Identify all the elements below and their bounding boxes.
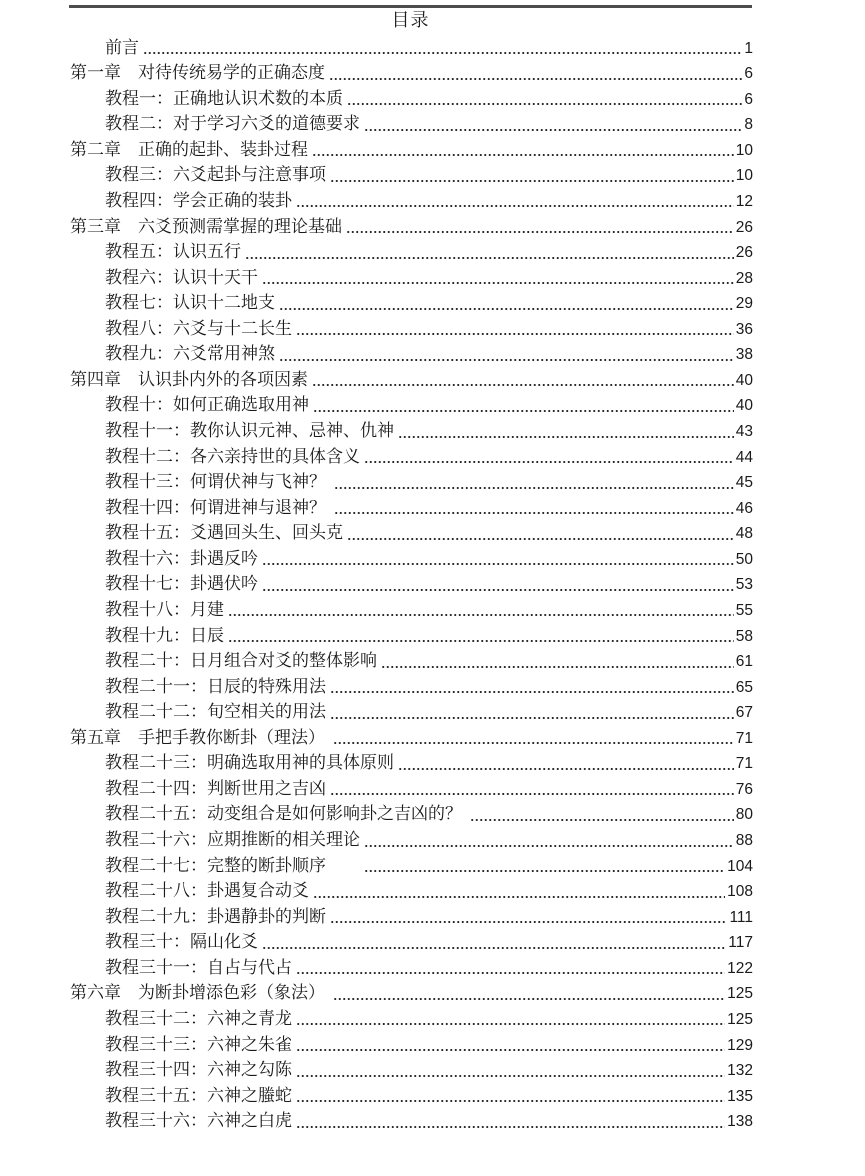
toc-entry-page: 29 <box>736 293 753 314</box>
dot-leader <box>296 1044 725 1052</box>
toc-entry-label: 教程二十五：动变组合是如何影响卦之吉凶的？ <box>105 803 466 825</box>
toc-entry-label: 教程二十三：明确选取用神的具体原则 <box>105 752 394 774</box>
toc-entry-label: 第六章 为断卦增添色彩（象法） <box>70 982 329 1004</box>
dot-leader <box>347 98 742 106</box>
dot-leader <box>364 865 725 873</box>
toc-entry-label: 教程十四：何谓进神与退神？ <box>105 497 330 519</box>
toc-entry[interactable]: 教程四：学会正确的装卦12 <box>70 186 753 212</box>
dot-leader <box>333 737 734 745</box>
toc-entry-label: 教程九：六爻常用神煞 <box>105 343 275 365</box>
toc-entry[interactable]: 第六章 为断卦增添色彩（象法） 125 <box>70 979 753 1005</box>
dot-leader <box>296 1070 725 1078</box>
toc-entry-page: 44 <box>736 447 753 468</box>
dot-leader <box>330 175 734 183</box>
dot-leader <box>313 405 734 413</box>
toc-entry-label: 第三章 六爻预测需掌握的理论基础 <box>70 216 342 238</box>
dot-leader <box>279 303 734 311</box>
toc-entry-page: 135 <box>727 1086 753 1107</box>
dot-leader <box>333 993 725 1001</box>
toc-entry-page: 58 <box>736 626 753 647</box>
toc-entry-page: 28 <box>736 268 753 289</box>
toc-entry-page: 67 <box>736 702 753 723</box>
toc-entry-label: 教程二十一：日辰的特殊用法 <box>105 676 326 698</box>
toc-entry-label: 教程十六：卦遇反吟 <box>105 548 258 570</box>
toc-entry-page: 65 <box>736 677 753 698</box>
toc-entry[interactable]: 教程七：认识十二地支29 <box>70 289 753 315</box>
toc-entry[interactable]: 教程二十九：卦遇静卦的判断111 <box>70 902 753 928</box>
toc-entry-label: 教程三：六爻起卦与注意事项 <box>105 164 326 186</box>
dot-leader <box>329 73 742 81</box>
toc-entry[interactable]: 第二章 正确的起卦、装卦过程10 <box>70 135 753 161</box>
toc-entry-label: 教程十：如何正确选取用神 <box>105 394 309 416</box>
toc-entry-label: 教程二十二：旬空相关的用法 <box>105 701 326 723</box>
toc-entry[interactable]: 教程三十六：六神之白虎138 <box>70 1107 753 1133</box>
toc-entry-label: 教程十一：教你认识元神、忌神、仇神 <box>105 420 394 442</box>
dot-leader <box>296 1121 725 1129</box>
dot-leader <box>262 277 734 285</box>
toc-entry-page: 129 <box>727 1035 753 1056</box>
toc-entry[interactable]: 教程二十八：卦遇复合动爻108 <box>70 877 753 903</box>
toc-entry-label: 教程三十六：六神之白虎 <box>105 1110 292 1132</box>
toc-entry[interactable]: 教程二十六：应期推断的相关理论88 <box>70 825 753 851</box>
dot-leader <box>470 814 734 822</box>
toc-entry[interactable]: 教程十六：卦遇反吟50 <box>70 544 753 570</box>
dot-leader <box>313 891 725 899</box>
dot-leader <box>262 942 726 950</box>
dot-leader <box>398 763 734 771</box>
toc-entry-page: 10 <box>736 165 753 186</box>
dot-leader <box>330 712 734 720</box>
toc-entry[interactable]: 前言1 <box>70 33 753 59</box>
page-title: 目录 <box>69 8 752 32</box>
toc-entry-page: 61 <box>736 651 753 672</box>
toc-entry[interactable]: 第一章 对待传统易学的正确态度6 <box>70 59 753 85</box>
toc-entry-label: 教程十三：何谓伏神与飞神？ <box>105 471 330 493</box>
toc-entry-page: 36 <box>736 319 753 340</box>
toc-entry-label: 教程二十九：卦遇静卦的判断 <box>105 906 326 928</box>
toc-entry[interactable]: 教程十四：何谓进神与退神？ 46 <box>70 493 753 519</box>
dot-leader <box>334 507 734 515</box>
toc-entry-label: 教程八：六爻与十二长生 <box>105 318 292 340</box>
toc-entry[interactable]: 教程三十一：自占与代占122 <box>70 953 753 979</box>
dot-leader <box>312 379 734 387</box>
toc-entry-label: 教程五：认识五行 <box>105 241 241 263</box>
toc-entry-page: 76 <box>736 779 753 800</box>
toc-entry-page: 50 <box>736 549 753 570</box>
toc-entry-page: 26 <box>736 242 753 263</box>
toc-entry[interactable]: 教程二：对于学习六爻的道德要求8 <box>70 110 753 136</box>
toc-entry-label: 教程三十四：六神之勾陈 <box>105 1059 292 1081</box>
toc-entry-page: 125 <box>727 983 753 1004</box>
toc-entry-label: 第五章 手把手教你断卦（理法） <box>70 727 329 749</box>
dot-leader <box>364 840 734 848</box>
toc-entry-label: 教程三十二：六神之青龙 <box>105 1008 292 1030</box>
toc-entry-page: 8 <box>744 114 753 135</box>
toc-entry-page: 26 <box>736 217 753 238</box>
toc-entry-page: 43 <box>736 421 753 442</box>
toc-entry-page: 38 <box>736 344 753 365</box>
toc-entry-label: 第一章 对待传统易学的正确态度 <box>70 62 325 84</box>
dot-leader <box>262 584 734 592</box>
toc-entry-page: 48 <box>736 523 753 544</box>
toc-entry-label: 教程三十三：六神之朱雀 <box>105 1034 292 1056</box>
toc-entry-label: 教程三十一：自占与代占 <box>105 957 292 979</box>
dot-leader <box>398 431 734 439</box>
toc-entry[interactable]: 教程十九：日辰58 <box>70 621 753 647</box>
toc-entry-page: 1 <box>744 38 753 59</box>
toc-entry[interactable]: 教程三十三：六神之朱雀129 <box>70 1030 753 1056</box>
toc-entry[interactable]: 教程十七：卦遇伏吟53 <box>70 570 753 596</box>
toc-entry[interactable]: 教程三十五：六神之螣蛇135 <box>70 1081 753 1107</box>
toc-entry[interactable]: 教程三十四：六神之勾陈132 <box>70 1056 753 1082</box>
toc-entry[interactable]: 第四章 认识卦内外的各项因素40 <box>70 365 753 391</box>
toc-entry[interactable]: 教程十五：爻遇回头生、回头克48 <box>70 519 753 545</box>
dot-leader <box>364 124 742 132</box>
toc-entry-page: 53 <box>736 574 753 595</box>
toc-entry-label: 教程二：对于学习六爻的道德要求 <box>105 113 360 135</box>
toc-entry-page: 46 <box>736 498 753 519</box>
toc-entry-label: 教程二十八：卦遇复合动爻 <box>105 880 309 902</box>
toc-entry[interactable]: 教程九：六爻常用神煞38 <box>70 340 753 366</box>
dot-leader <box>330 788 734 796</box>
dot-leader <box>312 149 734 157</box>
dot-leader <box>334 482 734 490</box>
toc-entry[interactable]: 教程一：正确地认识术数的本质6 <box>70 84 753 110</box>
toc-entry[interactable]: 教程十二：各六亲持世的具体含义44 <box>70 442 753 468</box>
dot-leader <box>347 533 734 541</box>
toc-entry[interactable]: 教程六：认识十天干28 <box>70 263 753 289</box>
toc-entry[interactable]: 教程十：如何正确选取用神40 <box>70 391 753 417</box>
dot-leader <box>279 354 734 362</box>
dot-leader <box>330 686 734 694</box>
toc-entry-page: 80 <box>736 804 753 825</box>
toc-entry-label: 教程二十四：判断世用之吉凶 <box>105 778 326 800</box>
toc-entry-page: 111 <box>729 907 753 928</box>
dot-leader <box>364 456 734 464</box>
toc-entry-page: 40 <box>736 395 753 416</box>
toc-entry-label: 教程四：学会正确的装卦 <box>105 190 292 212</box>
toc-entry[interactable]: 教程十三：何谓伏神与飞神？ 45 <box>70 468 753 494</box>
toc-entry[interactable]: 第三章 六爻预测需掌握的理论基础26 <box>70 212 753 238</box>
toc-entry-label: 教程十八：月建 <box>105 599 224 621</box>
toc-entry[interactable]: 教程五：认识五行26 <box>70 238 753 264</box>
dot-leader <box>143 47 742 55</box>
toc-entry[interactable]: 教程三十二：六神之青龙125 <box>70 1004 753 1030</box>
toc-entry-label: 第二章 正确的起卦、装卦过程 <box>70 139 308 161</box>
toc-entry-label: 教程六：认识十天干 <box>105 267 258 289</box>
dot-leader <box>296 967 725 975</box>
dot-leader <box>245 252 734 260</box>
dot-leader <box>296 200 734 208</box>
toc-entry-page: 71 <box>736 728 753 749</box>
toc-entry-page: 117 <box>728 932 753 953</box>
toc-entry-page: 6 <box>744 89 753 110</box>
toc-entry-label: 教程十五：爻遇回头生、回头克 <box>105 522 343 544</box>
dot-leader <box>262 558 734 566</box>
dot-leader <box>330 916 727 924</box>
toc-entry-label: 教程三十：隔山化爻 <box>105 931 258 953</box>
toc-entry-page: 125 <box>727 1009 753 1030</box>
toc-entry-label: 教程七：认识十二地支 <box>105 292 275 314</box>
dot-leader <box>346 226 734 234</box>
toc-entry[interactable]: 教程二十三：明确选取用神的具体原则71 <box>70 749 753 775</box>
toc-entry[interactable]: 教程三十：隔山化爻117 <box>70 928 753 954</box>
toc-entry-page: 55 <box>736 600 753 621</box>
toc-entry-label: 教程三十五：六神之螣蛇 <box>105 1085 292 1107</box>
dot-leader <box>296 1095 725 1103</box>
toc-entry-label: 教程十二：各六亲持世的具体含义 <box>105 446 360 468</box>
toc-entry-page: 88 <box>736 830 753 851</box>
toc-entry-page: 108 <box>727 881 753 902</box>
dot-leader <box>296 328 734 336</box>
dot-leader <box>228 635 734 643</box>
document-page: 目录 前言1第一章 对待传统易学的正确态度6教程一：正确地认识术数的本质6教程二… <box>0 0 865 1176</box>
toc-entry[interactable]: 教程八：六爻与十二长生36 <box>70 314 753 340</box>
toc-entry-label: 教程二十：日月组合对爻的整体影响 <box>105 650 377 672</box>
toc-entry-label: 教程十七：卦遇伏吟 <box>105 573 258 595</box>
toc-entry-label: 第四章 认识卦内外的各项因素 <box>70 369 308 391</box>
toc-entry-page: 122 <box>727 958 753 979</box>
toc-entry-page: 10 <box>736 140 753 161</box>
toc-entry-label: 教程一：正确地认识术数的本质 <box>105 88 343 110</box>
toc-entry-page: 71 <box>736 753 753 774</box>
toc-entry-page: 12 <box>736 191 753 212</box>
toc-entry-page: 132 <box>727 1060 753 1081</box>
dot-leader <box>228 609 734 617</box>
toc-entry-page: 6 <box>744 63 753 84</box>
toc-entry-label: 前言 <box>105 37 139 59</box>
dot-leader <box>381 661 734 669</box>
toc-entry-label: 教程二十七：完整的断卦顺序 <box>105 855 360 877</box>
toc-entry[interactable]: 教程十八：月建55 <box>70 595 753 621</box>
toc-entry[interactable]: 教程二十一：日辰的特殊用法65 <box>70 672 753 698</box>
toc-entry-page: 45 <box>736 472 753 493</box>
toc-entry[interactable]: 教程三：六爻起卦与注意事项10 <box>70 161 753 187</box>
toc-entry-page: 40 <box>736 370 753 391</box>
toc-entry[interactable]: 第五章 手把手教你断卦（理法） 71 <box>70 723 753 749</box>
toc-list: 前言1第一章 对待传统易学的正确态度6教程一：正确地认识术数的本质6教程二：对于… <box>70 33 753 1132</box>
toc-entry[interactable]: 教程二十：日月组合对爻的整体影响61 <box>70 647 753 673</box>
toc-entry[interactable]: 教程十一：教你认识元神、忌神、仇神43 <box>70 416 753 442</box>
toc-entry-page: 104 <box>727 856 753 877</box>
toc-entry-label: 教程十九：日辰 <box>105 625 224 647</box>
toc-entry-page: 138 <box>727 1111 753 1132</box>
toc-entry[interactable]: 教程二十七：完整的断卦顺序 104 <box>70 851 753 877</box>
toc-entry-label: 教程二十六：应期推断的相关理论 <box>105 829 360 851</box>
toc-entry[interactable]: 教程二十二：旬空相关的用法67 <box>70 698 753 724</box>
toc-entry[interactable]: 教程二十五：动变组合是如何影响卦之吉凶的？ 80 <box>70 800 753 826</box>
dot-leader <box>296 1018 725 1026</box>
toc-entry[interactable]: 教程二十四：判断世用之吉凶76 <box>70 774 753 800</box>
